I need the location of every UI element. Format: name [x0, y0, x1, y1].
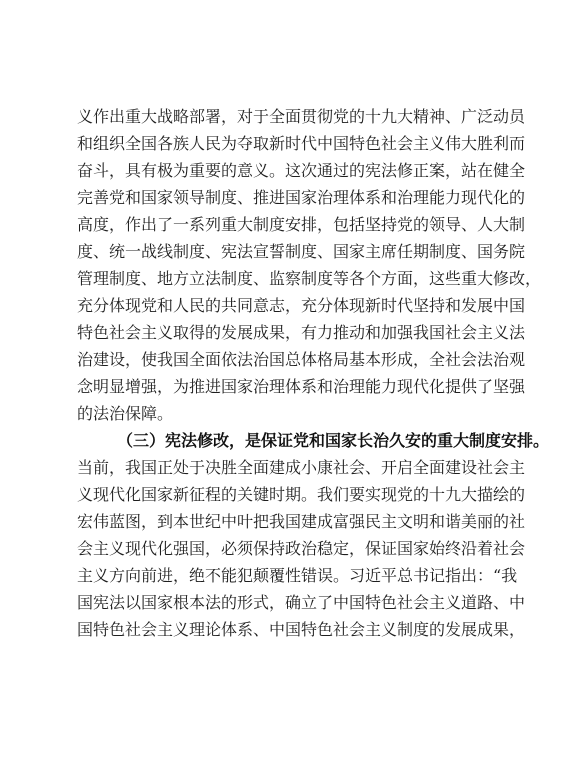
paragraph-line: 会主义现代化强国，必须保持政治稳定，保证国家始终沿着社会 [77, 535, 509, 562]
paragraph-line: 的法治保障。 [77, 400, 509, 427]
paragraph-line: 度、统一战线制度、宪法宣誓制度、国家主席任期制度、国务院 [77, 238, 509, 265]
paragraph-line: 义作出重大战略部署，对于全面贯彻党的十九大精神、广泛动员 [77, 103, 509, 130]
document-body: 义作出重大战略部署，对于全面贯彻党的十九大精神、广泛动员 和组织全国各族人民为夺… [77, 103, 509, 643]
paragraph-line: 义现代化国家新征程的关键时期。我们要实现党的十九大描绘的 [77, 481, 509, 508]
paragraph-line: 管理制度、地方立法制度、监察制度等各个方面，这些重大修改， [77, 265, 509, 292]
paragraph-line: 奋斗，具有极为重要的意义。这次通过的宪法修正案，站在健全 [77, 157, 509, 184]
paragraph-line: 念明显增强，为推进国家治理体系和治理能力现代化提供了坚强 [77, 373, 509, 400]
paragraph-line: 充分体现党和人民的共同意志，充分体现新时代坚持和发展中国 [77, 292, 509, 319]
paragraph-line: 治建设，使我国全面依法治国总体格局基本形成，全社会法治观 [77, 346, 509, 373]
paragraph-line: 和组织全国各族人民为夺取新时代中国特色社会主义伟大胜利而 [77, 130, 509, 157]
paragraph-line: 国宪法以国家根本法的形式，确立了中国特色社会主义道路、中 [77, 589, 509, 616]
paragraph-line: 国特色社会主义理论体系、中国特色社会主义制度的发展成果， [77, 616, 509, 643]
paragraph-line: 宏伟蓝图，到本世纪中叶把我国建成富强民主文明和谐美丽的社 [77, 508, 509, 535]
paragraph-line: 高度，作出了一系列重大制度安排，包括坚持党的领导、人大制 [77, 211, 509, 238]
document-page: 义作出重大战略部署，对于全面贯彻党的十九大精神、广泛动员 和组织全国各族人民为夺… [0, 0, 586, 759]
paragraph-line: 主义方向前进，绝不能犯颠覆性错误。习近平总书记指出：“我 [77, 562, 509, 589]
paragraph-line: 特色社会主义取得的发展成果，有力推动和加强我国社会主义法 [77, 319, 509, 346]
paragraph-line: 当前，我国正处于决胜全面建成小康社会、开启全面建设社会主 [77, 454, 509, 481]
paragraph-line: 完善党和国家领导制度、推进国家治理体系和治理能力现代化的 [77, 184, 509, 211]
section-heading: （三）宪法修改，是保证党和国家长治久安的重大制度安排。 [77, 427, 509, 454]
